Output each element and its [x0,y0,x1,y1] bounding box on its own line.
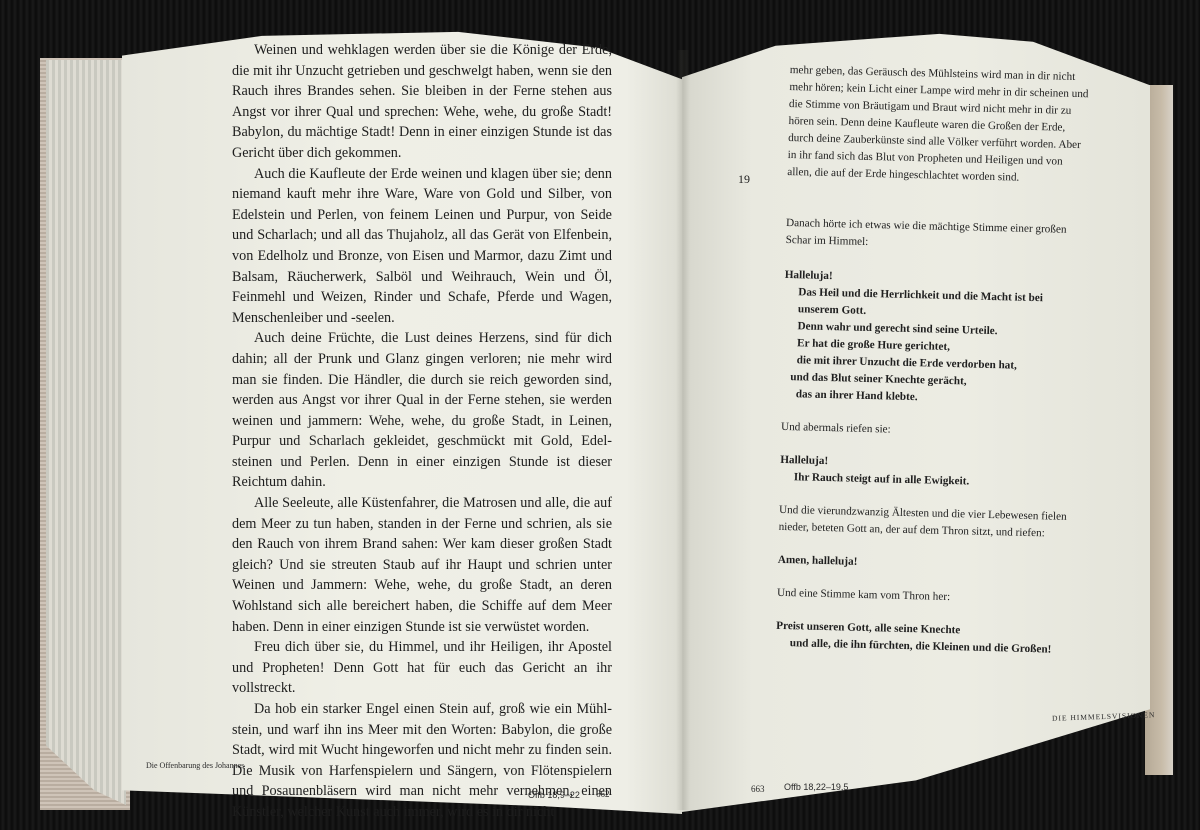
footer-verse-reference: Offb 18,9–22 [528,790,580,800]
paragraph-continuation: mehr geben, das Geräusch des Mühlsteins … [787,62,1090,188]
intro-text: Und die vierundzwanzig Ältesten und die … [778,502,1079,543]
page-number: 662 [596,789,610,799]
book-gutter [676,50,690,810]
footer-verse-reference: Offb 18,22–19,5 [784,782,848,792]
intro-text: Und abermals riefen sie: [781,419,1081,443]
running-footer-title: Die Offenbarung des Johannes [146,761,244,770]
paragraph: Auch deine Früchte, die Lust deines Herz… [232,328,612,493]
hymn-line: Amen, halleluja! [778,552,1078,576]
paragraph: Freu dich über sie, du Himmel, und ihr H… [232,637,612,699]
intro-text: Und eine Stimme kam vom Thron her: [777,585,1077,609]
chapter-number: 19 [738,172,750,187]
page-number: 663 [751,784,765,794]
paragraph: Alle Seeleute, alle Küstenfahrer, die Ma… [232,493,612,637]
left-page-text: Weinen und wehklagen werden über sie die… [232,40,612,823]
right-page-text: mehr geben, das Geräusch des Mühlsteins … [776,62,1090,659]
paragraph: Weinen und wehklagen werden über sie die… [232,40,612,164]
paragraph: Auch die Kaufleute der Erde weinen und k… [232,164,612,329]
page-stack-left [46,60,126,805]
intro-text: Danach hörte ich etwas wie die mächtige … [785,215,1086,256]
paragraph: Da hob ein starker Engel einen Stein auf… [232,699,612,823]
